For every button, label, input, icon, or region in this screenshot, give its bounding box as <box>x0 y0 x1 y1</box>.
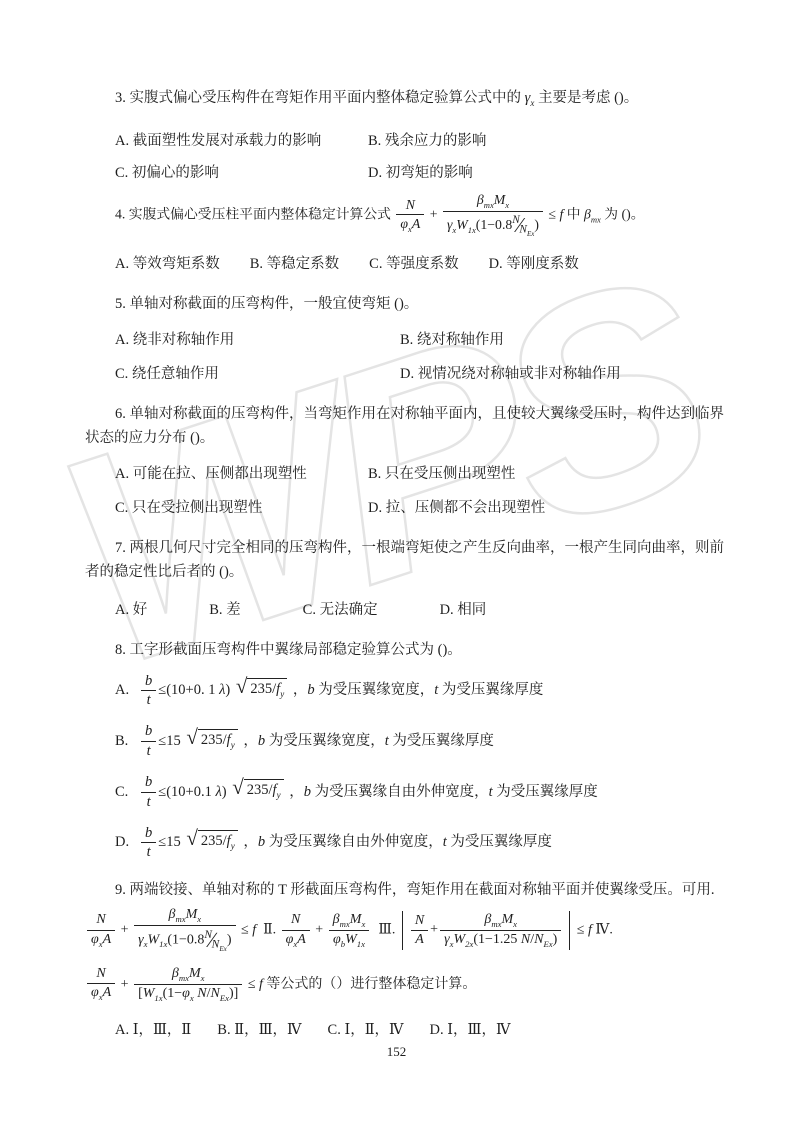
question-9-stem: 9. 两端铰接、单轴对称的 T 形截面压弯构件，弯矩作用在截面对称轴平面并使翼缘… <box>85 878 725 902</box>
option-9b: B. Ⅱ，Ⅲ，Ⅳ <box>217 1020 301 1040</box>
formula: bt≤15 √235/fy ，b 为受压翼缘自由外伸宽度，t 为受压翼缘厚度 <box>139 834 552 850</box>
option-7b: B. 差 <box>209 600 240 620</box>
option-5c: C. 绕任意轴作用 <box>115 364 400 384</box>
option-4b: B. 等稳定系数 <box>250 254 339 274</box>
option-6b: B. 只在受压侧出现塑性 <box>368 464 515 484</box>
document-page: WPS 3. 实腹式偏心受压构件在弯矩作用平面内整体稳定验算公式中的 γx 主要… <box>0 0 793 1122</box>
option-4c: C. 等强度系数 <box>369 254 458 274</box>
option-8d: D.bt≤15 √235/fy ，b 为受压翼缘自由外伸宽度，t 为受压翼缘厚度 <box>115 824 725 863</box>
option-6c: C. 只在受拉侧出现塑性 <box>115 498 368 518</box>
question-4-stem: 4. 实腹式偏心受压柱平面内整体稳定计算公式 NφxA + βmxMxγxW1x… <box>85 191 725 240</box>
question-9-options-row: A. Ⅰ，Ⅲ，Ⅱ B. Ⅱ，Ⅲ，Ⅳ C. Ⅰ，Ⅱ，Ⅳ D. Ⅰ，Ⅲ，Ⅳ <box>115 1020 725 1040</box>
question-3-options-row-1: A. 截面塑性发展对承载力的影响 B. 残余应力的影响 <box>115 131 725 151</box>
option-3a: A. 截面塑性发展对承载力的影响 <box>115 131 368 151</box>
option-9a: A. Ⅰ，Ⅲ，Ⅱ <box>115 1020 191 1040</box>
question-5-stem: 5. 单轴对称截面的压弯构件，一般宜使弯矩 ()。 <box>85 292 725 316</box>
option-4d: D. 等刚度系数 <box>489 254 579 274</box>
option-9c: C. Ⅰ，Ⅱ，Ⅳ <box>328 1020 404 1040</box>
question-4-options-row: A. 等效弯矩系数 B. 等稳定系数 C. 等强度系数 D. 等刚度系数 <box>115 254 725 274</box>
option-3b: B. 残余应力的影响 <box>368 131 486 151</box>
page-number: 152 <box>0 1044 793 1060</box>
question-3-stem: 3. 实腹式偏心受压构件在弯矩作用平面内整体稳定验算公式中的 γx 主要是考虑 … <box>85 86 725 115</box>
option-5d: D. 视情况绕对称轴或非对称轴作用 <box>400 364 621 384</box>
option-4a: A. 等效弯矩系数 <box>115 254 220 274</box>
question-6-stem: 6. 单轴对称截面的压弯构件，当弯矩作用在对称轴平面内，且使较大翼缘受压时，构件… <box>85 402 725 450</box>
option-label: C. <box>115 782 139 802</box>
formula: bt≤(10+0. 1 λ) √235/fy ，b 为受压翼缘宽度，t 为受压翼… <box>139 682 543 698</box>
question-7-stem: 7. 两根几何尺寸完全相同的压弯构件，一根端弯矩使之产生反向曲率，一根产生同向曲… <box>85 536 725 584</box>
question-6-options-row-1: A. 可能在拉、压侧都出现塑性 B. 只在受压侧出现塑性 <box>115 464 725 484</box>
option-9d: D. Ⅰ，Ⅲ，Ⅳ <box>430 1020 511 1040</box>
question-5-options-row-2: C. 绕任意轴作用 D. 视情况绕对称轴或非对称轴作用 <box>115 364 725 384</box>
option-7a: A. 好 <box>115 600 147 620</box>
option-5a: A. 绕非对称轴作用 <box>115 330 400 350</box>
option-8b: B.bt≤15 √235/fy ，b 为受压翼缘宽度，t 为受压翼缘厚度 <box>115 722 725 761</box>
option-3c: C. 初偏心的影响 <box>115 163 368 183</box>
question-8-stem: 8. 工字形截面压弯构件中翼缘局部稳定验算公式为 ()。 <box>85 638 725 662</box>
option-label: D. <box>115 832 139 852</box>
option-5b: B. 绕对称轴作用 <box>400 330 504 350</box>
option-7c: C. 无法确定 <box>303 600 378 620</box>
option-8c: C.bt≤(10+0.1 λ) √235/fy ，b 为受压翼缘自由外伸宽度，t… <box>115 773 725 812</box>
option-7d: D. 相同 <box>440 600 487 620</box>
option-3d: D. 初弯矩的影响 <box>368 163 473 183</box>
question-9-formula-line-1: NφxA + βmxMxγxW1x(1−0.8N∕NEx) ≤ f Ⅱ. Nφx… <box>85 906 725 954</box>
question-6-options-row-2: C. 只在受拉侧出现塑性 D. 拉、压侧都不会出现塑性 <box>115 498 725 518</box>
option-6d: D. 拉、压侧都不会出现塑性 <box>368 498 545 518</box>
option-label: B. <box>115 731 139 751</box>
question-7-options-row: A. 好 B. 差 C. 无法确定 D. 相同 <box>115 600 725 620</box>
question-9-formula-line-2: NφxA + βmxMx[W1x(1−φx N/NEx)] ≤ f 等公式的（）… <box>85 965 725 1004</box>
option-label: A. <box>115 680 139 700</box>
formula: bt≤15 √235/fy ，b 为受压翼缘宽度，t 为受压翼缘厚度 <box>139 733 494 749</box>
formula: bt≤(10+0.1 λ) √235/fy ，b 为受压翼缘自由外伸宽度，t 为… <box>139 784 598 800</box>
question-5-options-row-1: A. 绕非对称轴作用 B. 绕对称轴作用 <box>115 330 725 350</box>
page-content: 3. 实腹式偏心受压构件在弯矩作用平面内整体稳定验算公式中的 γx 主要是考虑 … <box>85 86 725 1040</box>
question-3-options-row-2: C. 初偏心的影响 D. 初弯矩的影响 <box>115 163 725 183</box>
option-6a: A. 可能在拉、压侧都出现塑性 <box>115 464 368 484</box>
option-8a: A.bt≤(10+0. 1 λ) √235/fy ，b 为受压翼缘宽度，t 为受… <box>115 672 725 711</box>
